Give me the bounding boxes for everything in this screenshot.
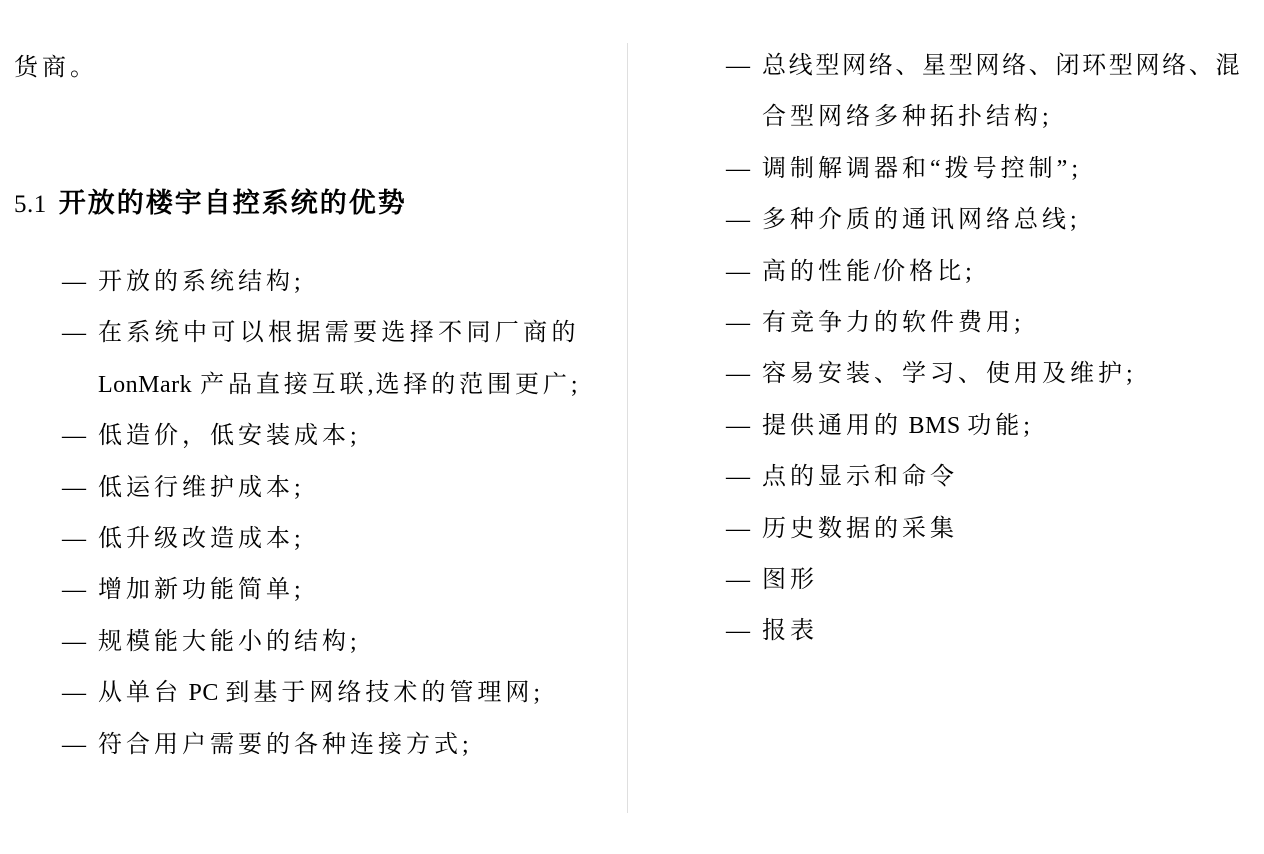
list-item: —增加新功能简单; [62,565,578,616]
heading-number: 5.1 [14,191,47,218]
list-item: —低运行维护成本; [62,463,578,514]
list-item: —多种介质的通讯网络总线; [726,195,1242,246]
list-item: —容易安装、学习、使用及维护; [726,349,1242,400]
list-item-text: 多种介质的通讯网络总线; [762,195,1242,246]
list-item-text: 高的性能/价格比; [762,247,1242,298]
list-item: —提供通用的 BMS 功能; [726,401,1242,452]
list-line: 点的显示和命令 [762,452,1242,503]
list-item-text: 低升级改造成本; [98,514,578,565]
list-line: 符合用户需要的各种连接方式; [98,720,578,771]
list-item-text: 点的显示和命令 [762,452,1242,503]
list-item-text: 增加新功能简单; [98,565,578,616]
list-line: 容易安装、学习、使用及维护; [762,349,1242,400]
list-line: 图形 [762,555,1242,606]
list-line: 从单台 PC 到基于网络技术的管理网; [98,668,578,719]
intro-paragraph: 货商。 [14,52,98,84]
list-item: —在系统中可以根据需要选择不同厂商的LonMark 产品直接互联,选择的范围更广… [62,308,578,411]
list-line: 在系统中可以根据需要选择不同厂商的 [98,308,578,359]
column-divider [627,43,628,813]
list-item-text: 总线型网络、星型网络、闭环型网络、混合型网络多种拓扑结构; [762,41,1242,144]
list-line: LonMark 产品直接互联,选择的范围更广; [98,360,578,411]
list-item-text: 开放的系统结构; [98,257,578,308]
dash-bullet: — [726,606,750,657]
list-item-text: 在系统中可以根据需要选择不同厂商的LonMark 产品直接互联,选择的范围更广; [98,308,578,411]
list-line: 开放的系统结构; [98,257,578,308]
list-line: 多种介质的通讯网络总线; [762,195,1242,246]
heading-title: 开放的楼宇自控系统的优势 [59,188,407,218]
list-item: —图形 [726,555,1242,606]
dash-bullet: — [726,349,750,400]
list-line: 有竞争力的软件费用; [762,298,1242,349]
list-line: 增加新功能简单; [98,565,578,616]
dash-bullet: — [62,565,86,616]
section-heading: 5.1开放的楼宇自控系统的优势 [14,186,407,225]
list-item-text: 调制解调器和“拨号控制”; [762,144,1242,195]
list-item: —开放的系统结构; [62,257,578,308]
list-item-text: 低运行维护成本; [98,463,578,514]
dash-bullet: — [62,720,86,771]
list-item: —低升级改造成本; [62,514,578,565]
dash-bullet: — [726,144,750,195]
list-item: —规模能大能小的结构; [62,617,578,668]
list-line: 合型网络多种拓扑结构; [762,92,1242,143]
list-line: 报表 [762,606,1242,657]
dash-bullet: — [726,401,750,452]
dash-bullet: — [62,463,86,514]
dash-bullet: — [726,504,750,555]
list-item: —调制解调器和“拨号控制”; [726,144,1242,195]
dash-bullet: — [62,411,86,462]
list-item-text: 从单台 PC 到基于网络技术的管理网; [98,668,578,719]
right-column-list: —总线型网络、星型网络、闭环型网络、混合型网络多种拓扑结构;—调制解调器和“拨号… [726,41,1242,658]
list-line: 低升级改造成本; [98,514,578,565]
list-line: 低造价，低安装成本; [98,411,578,462]
list-item: —历史数据的采集 [726,504,1242,555]
list-item-text: 低造价，低安装成本; [98,411,578,462]
list-line: 低运行维护成本; [98,463,578,514]
list-item: —报表 [726,606,1242,657]
list-line: 总线型网络、星型网络、闭环型网络、混 [762,41,1242,92]
dash-bullet: — [726,298,750,349]
list-item: —符合用户需要的各种连接方式; [62,720,578,771]
list-item: —低造价，低安装成本; [62,411,578,462]
left-column-list: —开放的系统结构;—在系统中可以根据需要选择不同厂商的LonMark 产品直接互… [62,257,578,771]
dash-bullet: — [726,195,750,246]
dash-bullet: — [62,668,86,719]
list-line: 历史数据的采集 [762,504,1242,555]
dash-bullet: — [726,555,750,606]
list-item-text: 报表 [762,606,1242,657]
list-item-text: 历史数据的采集 [762,504,1242,555]
list-item: —从单台 PC 到基于网络技术的管理网; [62,668,578,719]
dash-bullet: — [62,617,86,668]
dash-bullet: — [726,452,750,503]
list-item-text: 图形 [762,555,1242,606]
list-line: 调制解调器和“拨号控制”; [762,144,1242,195]
list-line: 提供通用的 BMS 功能; [762,401,1242,452]
list-item-text: 有竞争力的软件费用; [762,298,1242,349]
list-item-text: 符合用户需要的各种连接方式; [98,720,578,771]
dash-bullet: — [62,514,86,565]
list-line: 高的性能/价格比; [762,247,1242,298]
list-item-text: 容易安装、学习、使用及维护; [762,349,1242,400]
dash-bullet: — [62,257,86,308]
dash-bullet: — [726,247,750,298]
list-item: —总线型网络、星型网络、闭环型网络、混合型网络多种拓扑结构; [726,41,1242,144]
dash-bullet: — [62,308,86,359]
list-line: 规模能大能小的结构; [98,617,578,668]
list-item: —高的性能/价格比; [726,247,1242,298]
list-item-text: 规模能大能小的结构; [98,617,578,668]
dash-bullet: — [726,41,750,92]
list-item: —点的显示和命令 [726,452,1242,503]
list-item: —有竞争力的软件费用; [726,298,1242,349]
list-item-text: 提供通用的 BMS 功能; [762,401,1242,452]
